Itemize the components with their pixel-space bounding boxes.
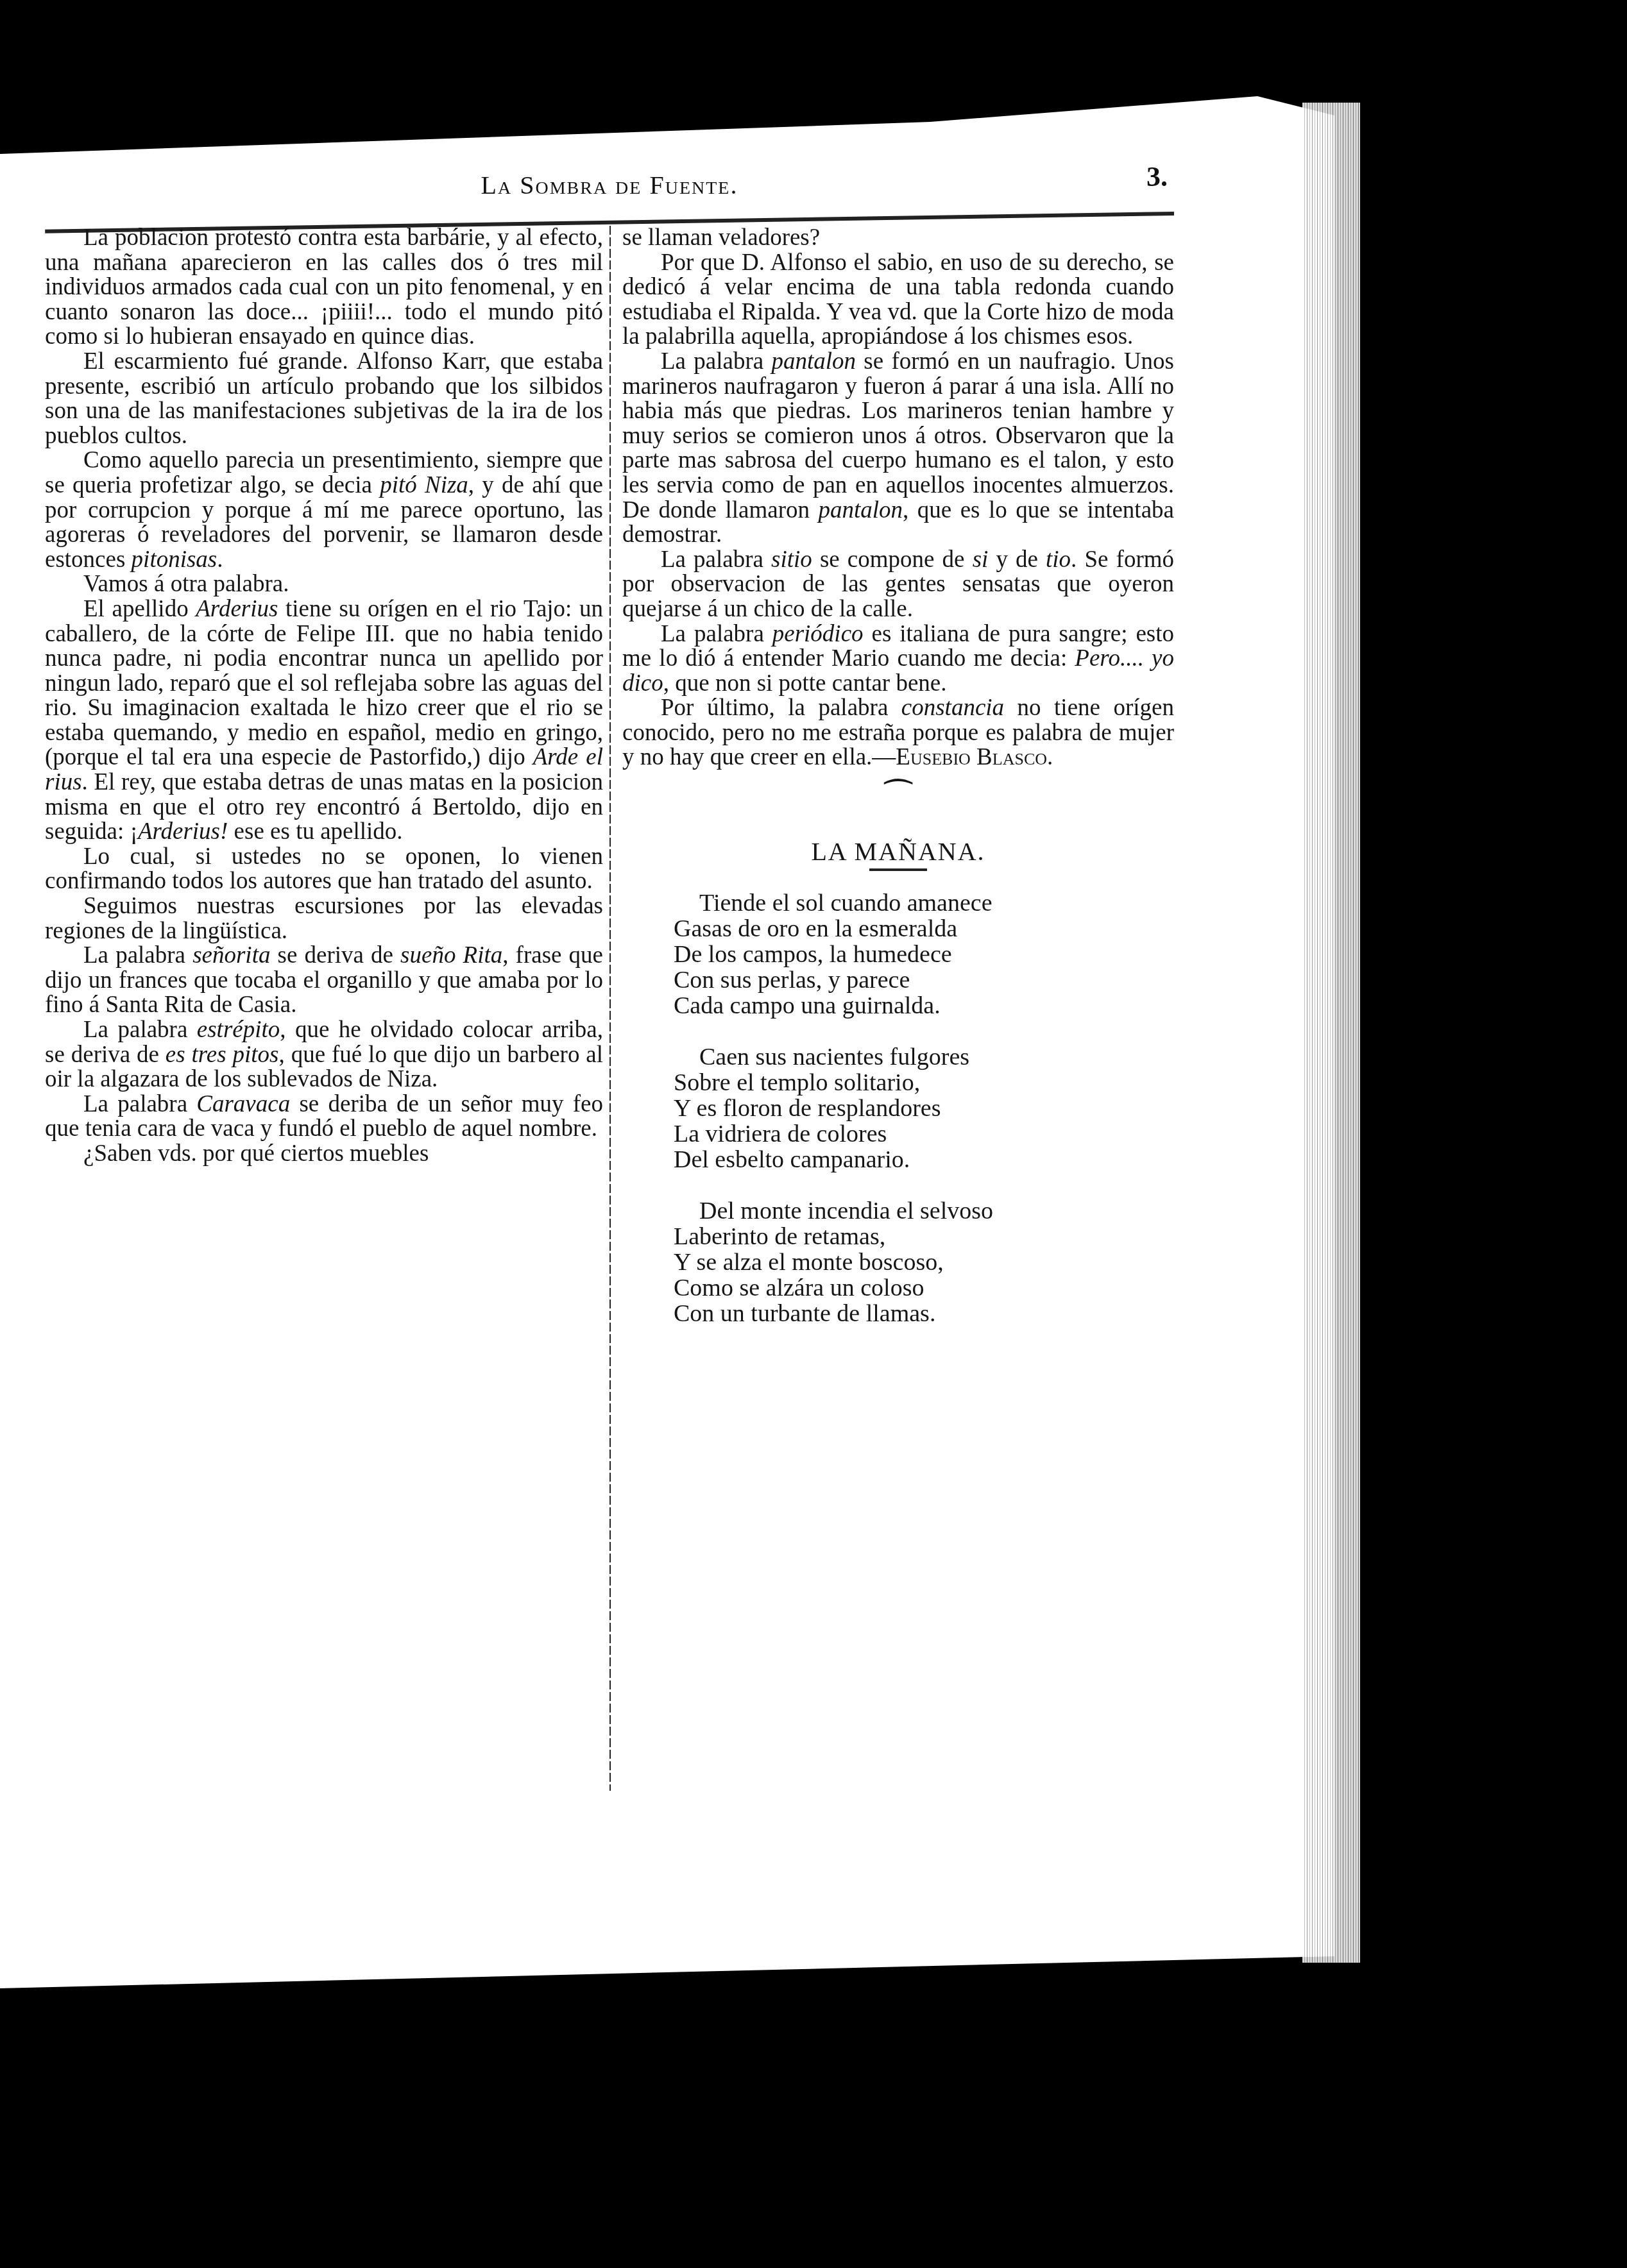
poem-stanza: Tiende el sol cuando amaneceGasas de oro…	[674, 890, 1174, 1019]
text-run: Por último, la palabra	[661, 695, 901, 721]
poem-line: Con sus perlas, y parece	[674, 967, 1174, 993]
paragraph: Vamos á otra palabra.	[45, 572, 603, 597]
text-run: Seguimos nuestras escursiones por las el…	[45, 893, 603, 944]
poem-line: Cada campo una guirnalda.	[674, 993, 1174, 1019]
poem-body: Tiende el sol cuando amaneceGasas de oro…	[622, 890, 1174, 1326]
text-run: La palabra	[83, 1091, 196, 1117]
text-run: El escarmiento fué grande. Alfonso Karr,…	[45, 348, 603, 449]
text-run: , que non si potte cantar bene.	[663, 670, 947, 697]
poem-stanza: Del monte incendia el selvosoLaberinto d…	[674, 1198, 1174, 1326]
text-run: se llaman veladores?	[622, 224, 820, 251]
text-run: se compone de	[812, 546, 973, 573]
text-run: Vamos á otra palabra.	[83, 571, 289, 597]
section-ornament-icon: ⁀	[622, 782, 1174, 814]
italic-term: es tres pitos	[166, 1042, 279, 1068]
italic-term: señorita	[192, 942, 270, 969]
poem-line: Como se alzára un coloso	[674, 1275, 1174, 1301]
poem-line: Y se alza el monte boscoso,	[674, 1249, 1174, 1275]
paragraph: La palabra señorita se deriva de sueño R…	[45, 944, 603, 1018]
text-run: La palabra	[83, 942, 192, 969]
column-divider	[609, 226, 611, 1791]
text-run: ese es tu apellido.	[228, 818, 402, 845]
italic-term: pantalon	[771, 348, 856, 375]
right-column-prose: se llaman veladores?Por que D. Alfonso e…	[622, 226, 1174, 770]
paragraph: se llaman veladores?	[622, 226, 1174, 251]
poem-line: Del esbelto campanario.	[674, 1147, 1174, 1172]
italic-term: Arderius	[196, 596, 278, 622]
paragraph: Lo cual, si ustedes no se oponen, lo vie…	[45, 845, 603, 894]
poem-line: Con un turbante de llamas.	[674, 1301, 1174, 1326]
poem-line: Sobre el templo solitario,	[674, 1070, 1174, 1096]
text-run: La poblacion protestó contra esta barbár…	[45, 224, 603, 350]
paragraph: Como aquello parecia un presentimiento, …	[45, 448, 603, 572]
paragraph: El escarmiento fué grande. Alfonso Karr,…	[45, 350, 603, 448]
text-run: La palabra	[661, 621, 772, 647]
text-run: .	[217, 546, 223, 573]
poem-line: Gasas de oro en la esmeralda	[674, 916, 1174, 942]
paragraph: La palabra sitio se compone de si y de t…	[622, 548, 1174, 622]
paragraph: La poblacion protestó contra esta barbár…	[45, 226, 603, 350]
paragraph: ¿Saben vds. por qué ciertos muebles	[45, 1142, 603, 1167]
text-run: se deriva de	[270, 942, 400, 969]
italic-term: pantalon	[818, 497, 903, 523]
italic-term: pitonisas	[132, 546, 217, 573]
text-run: La palabra	[83, 1017, 197, 1043]
text-run: La palabra	[661, 546, 771, 573]
text-run: El apellido	[83, 596, 196, 622]
paragraph: Seguimos nuestras escursiones por las el…	[45, 894, 603, 944]
poem-line: Tiende el sol cuando amanece	[674, 890, 1174, 916]
italic-term: Caravaca	[196, 1091, 290, 1117]
italic-term: sueño Rita	[400, 942, 502, 969]
poem-line: Laberinto de retamas,	[674, 1224, 1174, 1249]
italic-term: Arderius!	[138, 818, 228, 845]
paragraph: Por que D. Alfonso el sabio, en uso de s…	[622, 251, 1174, 350]
italic-term: constancia	[901, 695, 1004, 721]
paragraph: La palabra pantalon se formó en un naufr…	[622, 350, 1174, 548]
poem-title-rule	[869, 868, 927, 871]
text-run: y de	[988, 546, 1046, 573]
text-run: Por que D. Alfonso el sabio, en uso de s…	[622, 250, 1174, 350]
poem-line: Y es floron de resplandores	[674, 1096, 1174, 1121]
italic-term: estrépito	[197, 1017, 280, 1043]
running-title: La Sombra de Fuente.	[45, 170, 1174, 200]
poem-title: LA MAÑANA.	[622, 840, 1174, 865]
left-column: La poblacion protestó contra esta barbár…	[45, 226, 603, 1167]
poem-line: Del monte incendia el selvoso	[674, 1198, 1174, 1224]
paragraph: La palabra estrépito, que he olvidado co…	[45, 1018, 603, 1092]
paragraph: La palabra periódico es italiana de pura…	[622, 622, 1174, 697]
poem-line: De los campos, la humedece	[674, 942, 1174, 967]
poem-line: Caen sus nacientes fulgores	[674, 1044, 1174, 1070]
paragraph: Por último, la palabra constancia no tie…	[622, 696, 1174, 770]
poem-line: La vidriera de colores	[674, 1121, 1174, 1147]
text-run: ¿Saben vds. por qué ciertos muebles	[83, 1140, 429, 1167]
paragraph: El apellido Arderius tiene su orígen en …	[45, 597, 603, 845]
italic-term: tio	[1046, 546, 1071, 573]
italic-term: pitó Niza	[380, 472, 468, 498]
text-run: La palabra	[661, 348, 771, 375]
author-signature: Eusebio Blasco.	[896, 744, 1053, 770]
paragraph: La palabra Caravaca se deriba de un seño…	[45, 1092, 603, 1142]
poem-stanza: Caen sus nacientes fulgoresSobre el temp…	[674, 1044, 1174, 1172]
italic-term: sitio	[771, 546, 812, 573]
italic-term: periódico	[772, 621, 864, 647]
text-run: Lo cual, si ustedes no se oponen, lo vie…	[45, 843, 603, 895]
page-edges-stack	[1302, 103, 1360, 1963]
page-number: 3.	[1146, 160, 1168, 193]
text-run: tiene su orígen en el rio Tajo: un cabal…	[45, 596, 603, 771]
page-header: La Sombra de Fuente. 3.	[45, 160, 1174, 205]
italic-term: si	[973, 546, 989, 573]
right-column: se llaman veladores?Por que D. Alfonso e…	[622, 226, 1174, 1352]
